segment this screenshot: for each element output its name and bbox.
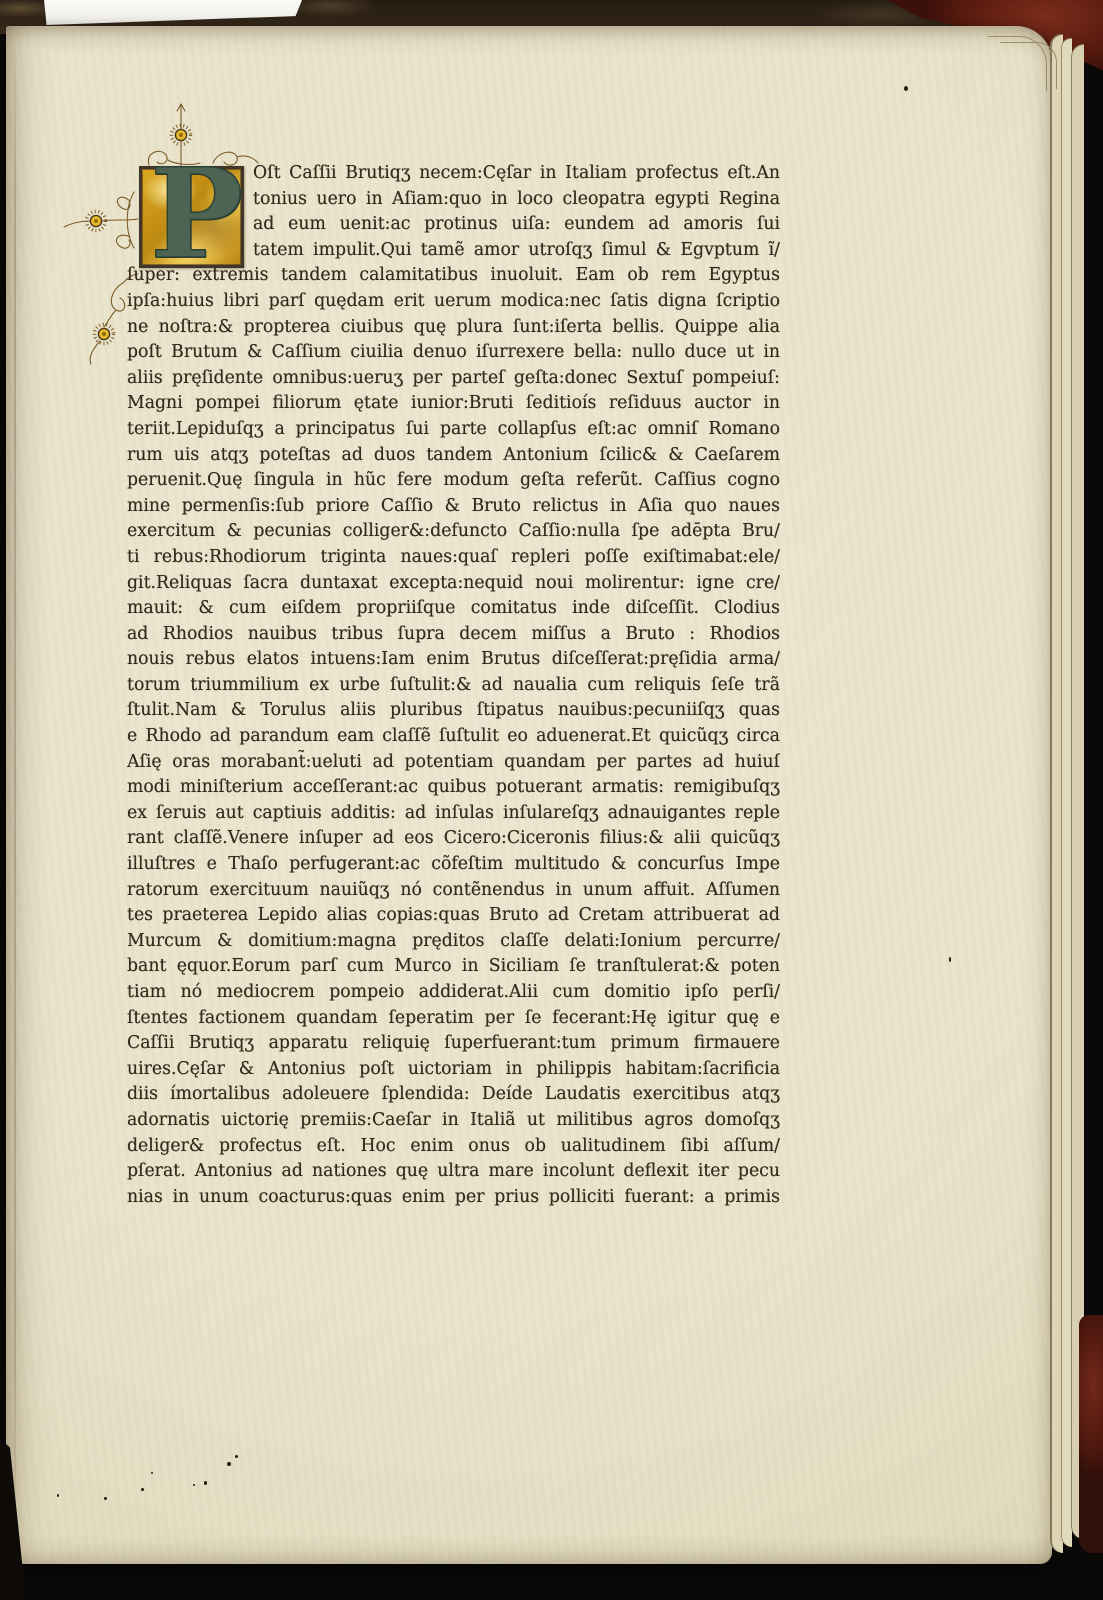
text-line: mauit: & cum eiſdem propriiſque comitatu… — [127, 596, 780, 622]
text-line: Murcum & domitium:magna pręditos claſſe … — [127, 929, 780, 955]
text-line: ſtentes factionem quandam ſeperatim per … — [127, 1006, 780, 1032]
text-line: tes praeterea Lepido alias copias:quas B… — [127, 903, 780, 929]
text-line: ratorum exercituum nauiũqʒ nó contẽnendu… — [127, 878, 780, 904]
text-line: ſtulit.Nam & Torulus aliis pluribus ſtip… — [127, 698, 780, 724]
text-line: pſerat. Antonius ad nationes quę ultra m… — [127, 1159, 780, 1185]
ink-speck — [949, 957, 951, 962]
text-line: mine permenſis:ſub priore Caſſio & Bruto… — [127, 494, 780, 520]
ink-speck — [227, 1462, 231, 1466]
text-line: tatem impulit.Qui tamẽ amor utroſqʒ ſimu… — [253, 238, 780, 264]
text-line: modi miniſterium acceſſerant:ac quibus p… — [127, 775, 780, 801]
text-line: e Rhodo ad parandum eam claſſẽ ſuſtulit … — [127, 724, 780, 750]
text-line: nias in unum coacturus:quas enim per pri… — [127, 1185, 780, 1211]
text-line: Oſt Caſſii Brutiqʒ necem:Cęſar in Italia… — [253, 161, 780, 187]
text-line: peruenit.Quę ſingula in hũc fere modum g… — [127, 468, 780, 494]
text-line: git.Reliquas ſacra duntaxat excepta:nequ… — [127, 571, 780, 597]
page-edge-line — [1071, 44, 1084, 1539]
text-line: poſt Brutum & Caſſium ciuilia denuo iſur… — [127, 340, 780, 366]
ink-speck — [151, 1472, 153, 1474]
text-line: bant ęquor.Eorum parſ cum Murco in Sicil… — [127, 954, 780, 980]
book-photo-scene: P Oſt Caſſii Brutiqʒ necem:Cęſar in Ital… — [0, 0, 1103, 1600]
text-line: deliger& profectus eſt. Hoc enim onus ob… — [127, 1134, 780, 1160]
text-line: ne noſtra:& propterea ciuibus quę plura … — [127, 315, 780, 341]
ink-speck — [141, 1488, 144, 1491]
ink-speck — [104, 1497, 107, 1500]
ink-speck — [57, 1494, 59, 1497]
text-line: nouis rebus elatos intuens:Iam enim Brut… — [127, 647, 780, 673]
text-line: ti rebus:Rhodiorum triginta naues:quaſ r… — [127, 545, 780, 571]
text-line: ad Rhodios nauibus tribus ſupra decem mi… — [127, 622, 780, 648]
text-line: rum uis atqʒ poteſtas ad duos tandem Ant… — [127, 443, 780, 469]
text-line: adornatis uictorię premiis:Caeſar in Ita… — [127, 1108, 780, 1134]
text-line: Caſſii Brutiqʒ apparatu reliquię ſuperfu… — [127, 1031, 780, 1057]
text-line: ipſa:huius libri parſ quędam erit uerum … — [127, 289, 780, 315]
text-line: tonius uero in Aſiam:quo in loco cleopat… — [253, 187, 780, 213]
text-line: uires.Cęſar & Antonius poſt uictoriam in… — [127, 1057, 780, 1083]
text-line: Aſię oras morabant̃:ueluti ad potentiam … — [127, 750, 780, 776]
text-block: Oſt Caſſii Brutiqʒ necem:Cęſar in Italia… — [127, 161, 780, 1210]
text-line: ex ſeruis aut captiuis additis: ad inſul… — [127, 801, 780, 827]
text-line: tiam nó mediocrem pompeio addiderat.Alii… — [127, 980, 780, 1006]
page-edge-line — [1000, 42, 1057, 89]
text-line: Magni pompei filiorum ętate iunior:Bruti… — [127, 391, 780, 417]
text-line: teriit.Lepiduſqʒ a principatus ſui parte… — [127, 417, 780, 443]
ink-speck — [193, 1484, 195, 1486]
ink-speck — [235, 1455, 238, 1458]
text-line: ad eum uenit:ac protinus uiſa: eundem ad… — [253, 212, 780, 238]
cover-red-fore-edge — [1079, 1315, 1103, 1553]
ink-speck — [904, 86, 908, 91]
text-line: aliis pręſidente omnibus:ueruʒ per parte… — [127, 366, 780, 392]
gutter-shadow — [14, 30, 16, 1560]
text-line: torum triummilium ex urbe ſuſtulit:& ad … — [127, 673, 780, 699]
text-line: ſuper: extremis tandem calamitatibus inu… — [127, 263, 780, 289]
text-line: illuſtres e Thaſo perfugerant:ac cõfeſti… — [127, 852, 780, 878]
text-line: exercitum & pecunias colliger&:defuncto … — [127, 519, 780, 545]
ink-speck — [204, 1481, 207, 1485]
text-line: rant claſſẽ.Venere inſuper ad eos Cicero… — [127, 826, 780, 852]
text-line: diis ímortalibus adoleuere ſplendida: De… — [127, 1082, 780, 1108]
